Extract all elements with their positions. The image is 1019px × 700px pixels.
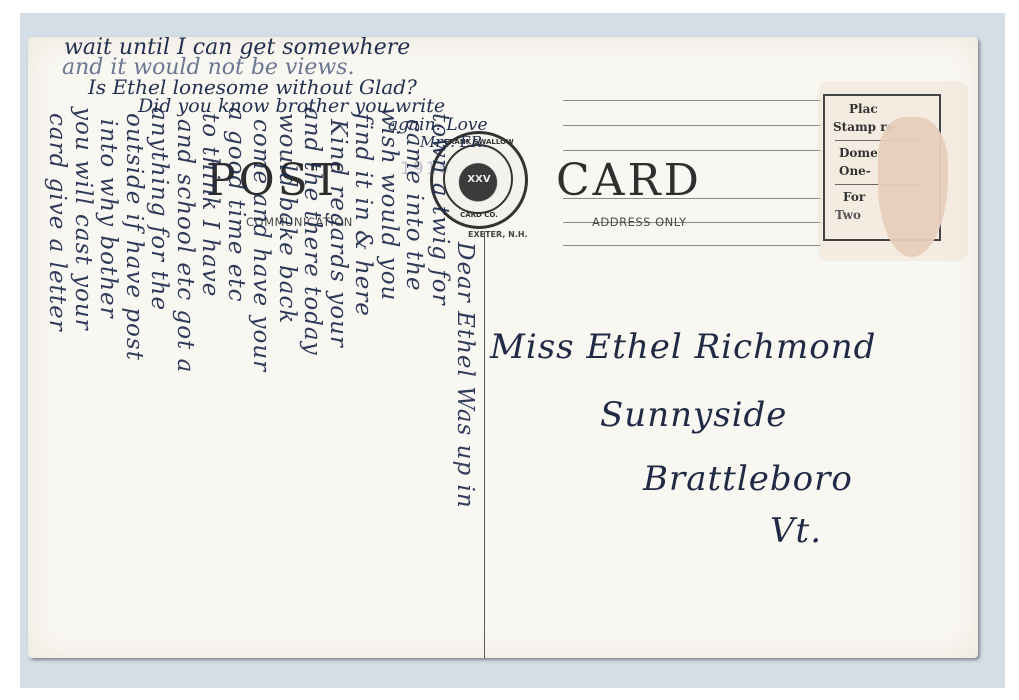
message-column: to think I have [197,113,223,297]
message-column: come and have your [248,119,274,372]
message-column: find it in & here [350,113,376,317]
address-street: Sunnyside [600,395,787,435]
stamp-text: Dome [839,146,878,160]
address-name: Miss Ethel Richmond [490,327,876,367]
address-only-caption: ADDRESS ONLY [592,215,687,229]
center-divider [484,232,485,658]
address-line [563,245,821,246]
message-column: card give a letter [44,113,70,332]
message-column: into why bother [95,119,121,319]
stamp-text: Two [835,208,861,222]
stamp-text: One- [839,164,871,178]
postcard: 1916 POST CARD COMMUNICATION ADDRESS ONL… [28,37,978,658]
message-column: you will cast your [70,107,96,331]
address-city: Brattleboro [643,459,853,499]
message-column: would bake back [274,113,300,324]
message-column: Kind regards your [325,119,351,348]
stamp-text: Plac [849,102,878,116]
message-column: came into the [401,119,427,292]
message-column: Dear Ethel Was up in [452,242,478,509]
publisher-imprint: EXETER, N.H. [468,230,528,239]
message-column: outside if have post [121,113,147,361]
message-column: and school etc got a [172,119,198,373]
message-column: and the there today [299,107,325,356]
message-column: anything for the [146,107,172,311]
stamp-text: For [843,190,865,204]
message-column: a good time etc [223,107,249,303]
address-line [563,100,821,101]
address-state: Vt. [770,511,822,551]
message-column: wish would you [376,107,402,301]
message-column: town a twig for [427,113,453,306]
address-line [563,150,821,151]
address-line [563,125,821,126]
header-card-word: CARD [556,155,702,206]
